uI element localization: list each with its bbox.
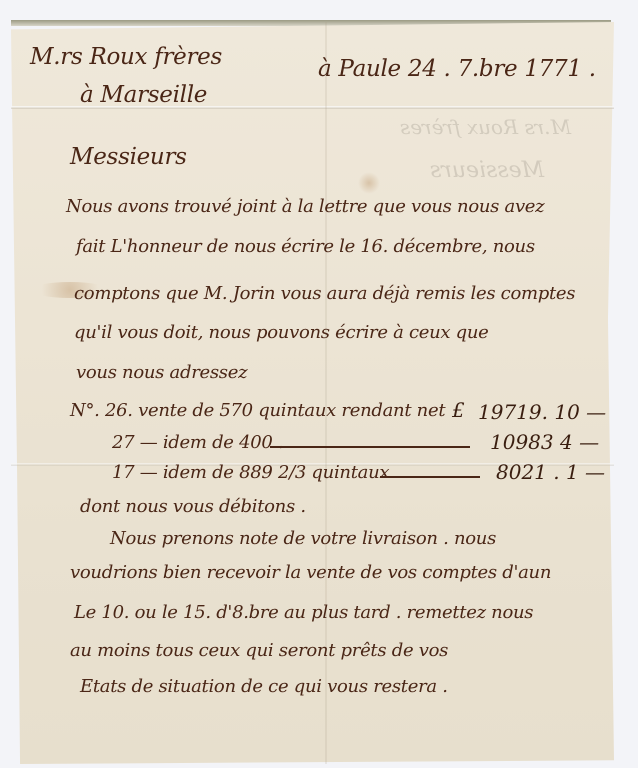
closing-line: Etats de situation de ce qui vous rester… (80, 676, 448, 697)
addressee-line: M.rs Roux frères (30, 44, 222, 70)
bleed-through-text: Messieurs (430, 158, 544, 183)
body-line: dont nous vous débitons . (80, 496, 306, 517)
leader-line (380, 476, 480, 478)
salutation: Messieurs (70, 144, 187, 170)
closing-line: voudrions bien recevoir la vente de vos … (70, 562, 551, 583)
body-line: vous nous adressez (76, 362, 247, 383)
body-line: fait L'honneur de nous écrire le 16. déc… (76, 236, 535, 257)
dateline: à Paule 24 . 7.bre 1771 . (318, 56, 596, 82)
closing-line: au moins tous ceux qui seront prêts de v… (70, 640, 448, 661)
account-label: N°. 26. vente de 570 quintaux rendant ne… (70, 400, 445, 421)
account-amount: 8021 . 1 — (496, 460, 605, 484)
currency-symbol: £ (452, 398, 465, 422)
addressee-city: à Marseille (80, 82, 207, 108)
closing-line: Le 10. ou le 15. d'8.bre au plus tard . … (74, 602, 533, 623)
account-amount: 19719. 10 — (478, 400, 606, 424)
paper-stain (358, 172, 380, 194)
body-line: qu'il vous doit, nous pouvons écrire à c… (74, 322, 489, 343)
bleed-through-text: M.rs Roux frères (400, 115, 571, 139)
account-amount: 10983 4 — (490, 430, 599, 454)
account-label: 17 — idem de 889 2/3 quintaux (112, 462, 389, 483)
account-label: 27 — idem de 400 . (112, 432, 283, 453)
closing-line: Nous prenons note de votre livraison . n… (110, 528, 496, 549)
leader-line (270, 446, 470, 448)
body-line: comptons que M. Jorin vous aura déjà rem… (74, 283, 575, 304)
body-line: Nous avons trouvé joint à la lettre que … (66, 196, 544, 217)
